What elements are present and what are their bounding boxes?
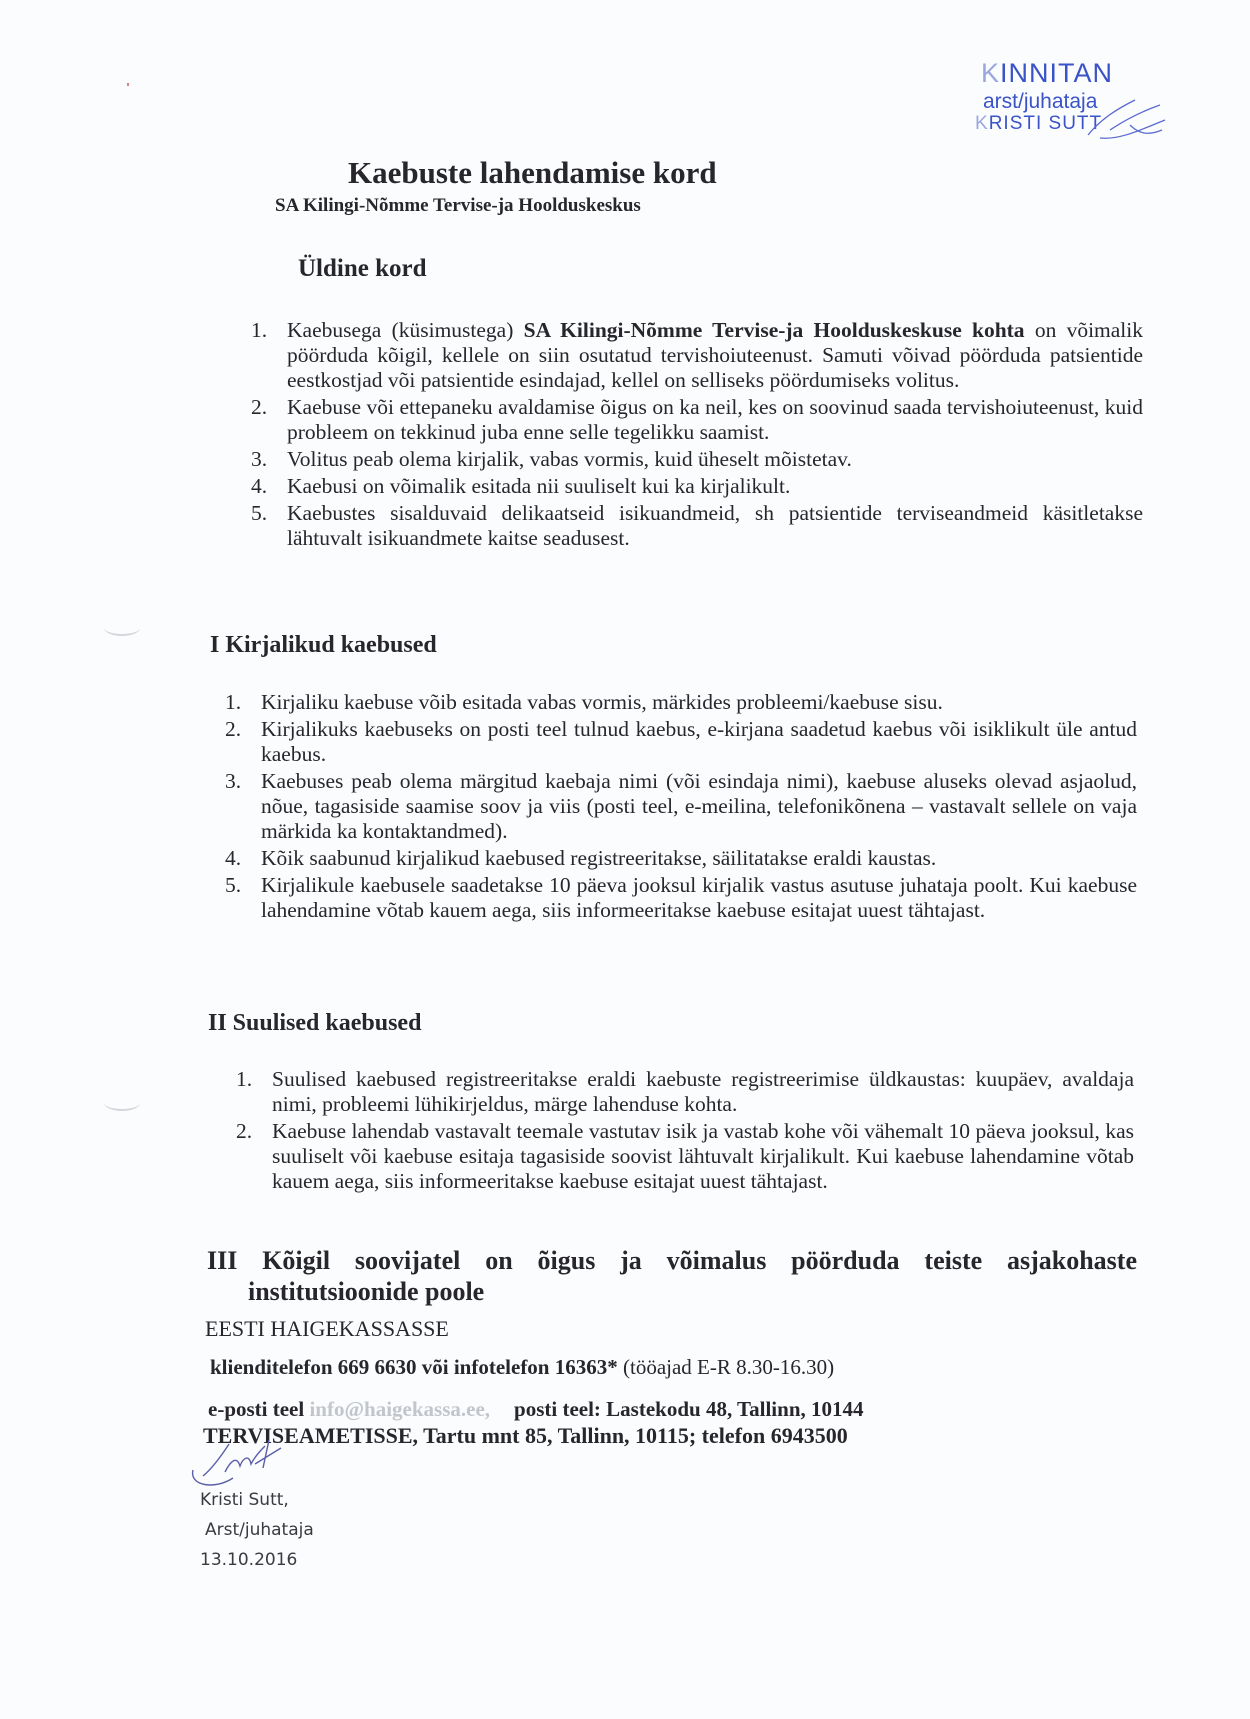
item-text: Kaebuse lahendab vastavalt teemale vastu… — [272, 1119, 1134, 1194]
item-number: 1. — [236, 1067, 252, 1092]
signature-date: 13.10.2016 — [200, 1550, 297, 1570]
item-number: 4. — [251, 474, 267, 499]
item-number: 3. — [225, 769, 241, 794]
office-hours: (tööajad E-R 8.30-16.30) — [618, 1355, 834, 1379]
section-heading-other-institutions-cont: institutsioonide poole — [248, 1277, 484, 1307]
stamp-line1-faint: K — [981, 58, 1000, 88]
item-number: 1. — [225, 690, 241, 715]
item-text: Kaebustes sisalduvaid delikaatseid isiku… — [287, 501, 1143, 551]
email-label: e-posti teel — [208, 1397, 309, 1421]
item-text: Kirjalikule kaebusele saadetakse 10 päev… — [261, 873, 1137, 923]
scan-speck — [127, 83, 129, 86]
phone-numbers: klienditelefon 669 6630 või infotelefon … — [210, 1355, 618, 1379]
list-item: 1. Kirjaliku kaebuse võib esitada vabas … — [261, 690, 1137, 715]
oral-complaints-list: 1. Suulised kaebused registreeritakse er… — [272, 1067, 1134, 1194]
list-item: 3. Volitus peab olema kirjalik, vabas vo… — [287, 447, 1143, 472]
signatory-name: Kristi Sutt, — [200, 1490, 289, 1510]
item-text: Kirjaliku kaebuse võib esitada vabas vor… — [261, 690, 1137, 715]
list-item: 2. Kirjalikuks kaebuseks on posti teel t… — [261, 717, 1137, 767]
list-item: 2. Kaebuse lahendab vastavalt teemale va… — [272, 1119, 1134, 1194]
list-item: 4. Kõik saabunud kirjalikud kaebused reg… — [261, 846, 1137, 871]
list-item: 2. Kaebuse või ettepaneku avaldamise õig… — [287, 395, 1143, 445]
item-number: 5. — [251, 501, 267, 526]
item-number: 1. — [251, 318, 267, 343]
list-item: 1. Kaebusega (küsimustega) SA Kilingi-Nõ… — [287, 318, 1143, 393]
section-heading-written: I Kirjalikud kaebused — [210, 632, 437, 659]
list-item: 5. Kaebustes sisalduvaid delikaatseid is… — [287, 501, 1143, 551]
stamp-approved: INNITAN — [1000, 58, 1113, 88]
list-item: 4. Kaebusi on võimalik esitada nii suuli… — [287, 474, 1143, 499]
item-text: Kirjalikuks kaebuseks on posti teel tuln… — [261, 717, 1137, 767]
hole-punch-mark — [104, 620, 140, 636]
haigekassa-contacts: e-posti teel info@haigekassa.ee,posti te… — [208, 1397, 864, 1422]
postal-address: posti teel: Lastekodu 48, Tallinn, 10144 — [514, 1397, 863, 1421]
item-text: Kaebusega (küsimustega) — [287, 318, 524, 342]
stamp-signature-icon — [1080, 90, 1170, 150]
item-number: 4. — [225, 846, 241, 871]
written-complaints-list: 1. Kirjaliku kaebuse võib esitada vabas … — [261, 690, 1137, 923]
item-text: Suulised kaebused registreeritakse erald… — [272, 1067, 1134, 1117]
item-number: 5. — [225, 873, 241, 898]
institution-name: SA Kilingi-Nõmme Tervise-ja Hoolduskesku… — [524, 318, 1025, 342]
item-text: Kaebuses peab olema märgitud kaebaja nim… — [261, 769, 1137, 844]
document-subtitle: SA Kilingi-Nõmme Tervise-ja Hoolduskesku… — [275, 195, 641, 217]
item-text: Volitus peab olema kirjalik, vabas vormi… — [287, 447, 1143, 472]
item-number: 3. — [251, 447, 267, 472]
list-item: 3. Kaebuses peab olema märgitud kaebaja … — [261, 769, 1137, 844]
terviseamet-contact: TERVISEAMETISSE, Tartu mnt 85, Tallinn, … — [203, 1423, 848, 1449]
item-text: Kõik saabunud kirjalikud kaebused regist… — [261, 846, 1137, 871]
item-number: 2. — [236, 1119, 252, 1144]
document-title: Kaebuste lahendamise kord — [348, 155, 717, 191]
general-rules-list: 1. Kaebusega (küsimustega) SA Kilingi-Nõ… — [287, 318, 1143, 551]
item-text: Kaebuse või ettepaneku avaldamise õigus … — [287, 395, 1143, 445]
haigekassa-name: EESTI HAIGEKASSASSE — [205, 1316, 449, 1342]
email-link[interactable]: info@haigekassa.ee, — [309, 1397, 490, 1421]
item-number: 2. — [251, 395, 267, 420]
list-item: 5. Kirjalikule kaebusele saadetakse 10 p… — [261, 873, 1137, 923]
stamp-line3-faint: K — [975, 113, 989, 134]
list-item: 1. Suulised kaebused registreeritakse er… — [272, 1067, 1134, 1117]
signatory-role: Arst/juhataja — [205, 1520, 314, 1540]
section-heading-general: Üldine kord — [298, 255, 427, 283]
item-number: 2. — [225, 717, 241, 742]
haigekassa-phones: klienditelefon 669 6630 või infotelefon … — [210, 1355, 834, 1380]
section-heading-oral: II Suulised kaebused — [208, 1010, 421, 1037]
signature-icon — [185, 1438, 295, 1493]
section-heading-other-institutions: III Kõigil soovijatel on õigus ja võimal… — [207, 1247, 1137, 1275]
hole-punch-mark — [104, 1095, 140, 1111]
item-text: Kaebusi on võimalik esitada nii suulisel… — [287, 474, 1143, 499]
